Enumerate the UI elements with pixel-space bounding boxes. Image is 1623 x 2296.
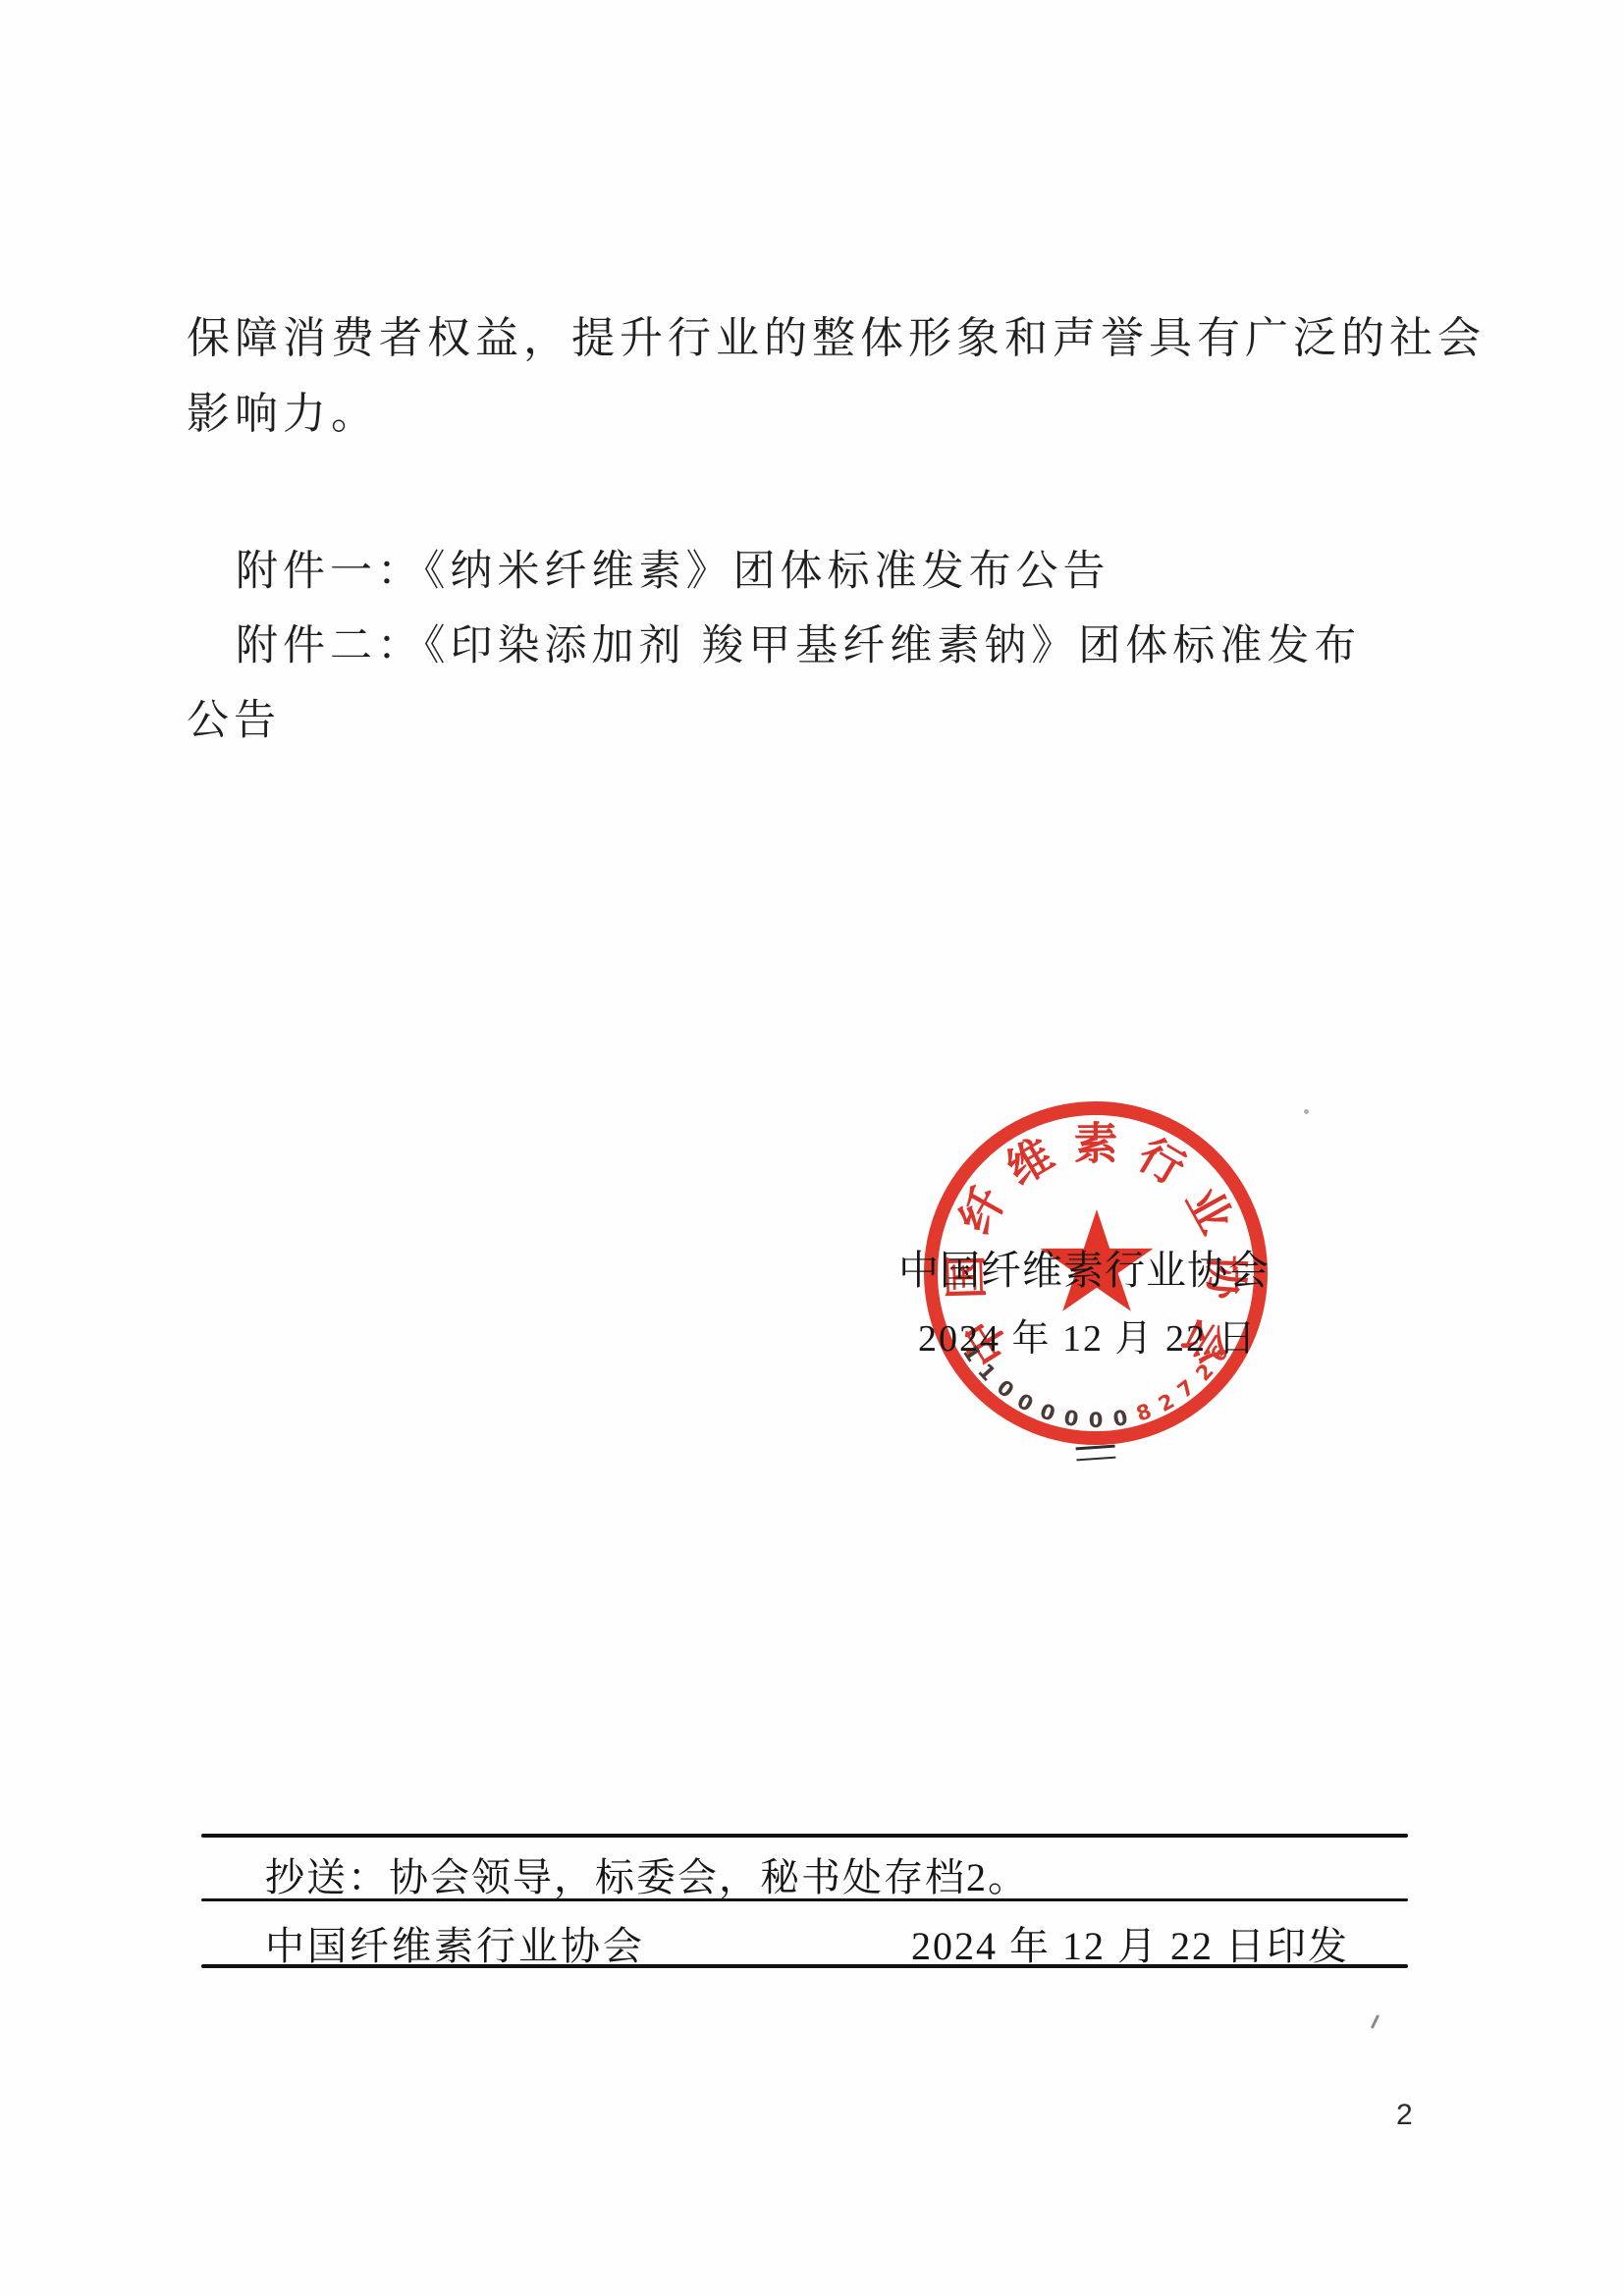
stamp-arc-char: 维: [993, 1119, 1063, 1197]
paragraph-line-2: 影响力。: [187, 378, 379, 441]
paragraph-line-1: 保障消费者权益，提升行业的整体形象和声誉具有广泛的社会: [187, 302, 1486, 365]
stamp-serial-digit: 2: [1154, 1389, 1177, 1416]
stamp-serial-digit: 2: [1191, 1360, 1218, 1386]
footer-cc-line: 抄送：协会领导，标委会，秘书处存档2。: [265, 1846, 1029, 1902]
stamp-serial-digit: 0: [1037, 1399, 1058, 1425]
scan-speck-dot: [1304, 1109, 1309, 1114]
stamp-arc-char: 纤: [941, 1174, 1018, 1244]
signature-organization: 中国纤维素行业协会: [898, 1238, 1270, 1296]
stamp-serial-digit: 0: [1013, 1389, 1037, 1416]
footer-issue-date: 2024 年 12 月 22 日印发: [911, 1915, 1349, 1971]
footer-rule-top: [201, 1834, 1408, 1838]
ink-smudge-mark: [1076, 1445, 1116, 1462]
stamp-serial-digit: 0: [992, 1375, 1017, 1403]
attachment-2-line-1: 附件二：《印染添加剂 羧甲基纤维素钠》团体标准发布: [236, 613, 1361, 672]
stamp-arc-char: 业: [1174, 1174, 1252, 1244]
stamp-serial-digit: 0: [1111, 1406, 1129, 1431]
stamp-arc-char: 行: [1128, 1119, 1199, 1197]
attachment-1-line: 附件一：《纳米纤维素》团体标准发布公告: [236, 538, 1110, 598]
stamp-arc-char: 素: [1073, 1108, 1117, 1172]
stamp-serial-digit: 0: [1089, 1409, 1104, 1432]
stamp-serial-digit: 8: [1133, 1399, 1155, 1425]
page-number: 2: [1396, 2099, 1413, 2132]
stamp-serial-digit: 0: [1062, 1406, 1080, 1431]
stamp-serial-digit: 7: [1173, 1375, 1199, 1403]
footer-issuer: 中国纤维素行业协会: [265, 1915, 645, 1971]
attachment-2-line-2: 公告: [187, 687, 281, 747]
document-page: 保障消费者权益，提升行业的整体形象和声誉具有广泛的社会 影响力。 附件一：《纳米…: [0, 0, 1623, 2296]
signature-date: 2024 年 12 月 22 日: [918, 1308, 1258, 1362]
stamp-serial-digit: 1: [974, 1360, 1001, 1386]
footer-rule-middle: [201, 1898, 1408, 1901]
footer-rule-bottom: [201, 1964, 1408, 1968]
scan-speck-tick: [1371, 2014, 1380, 2029]
